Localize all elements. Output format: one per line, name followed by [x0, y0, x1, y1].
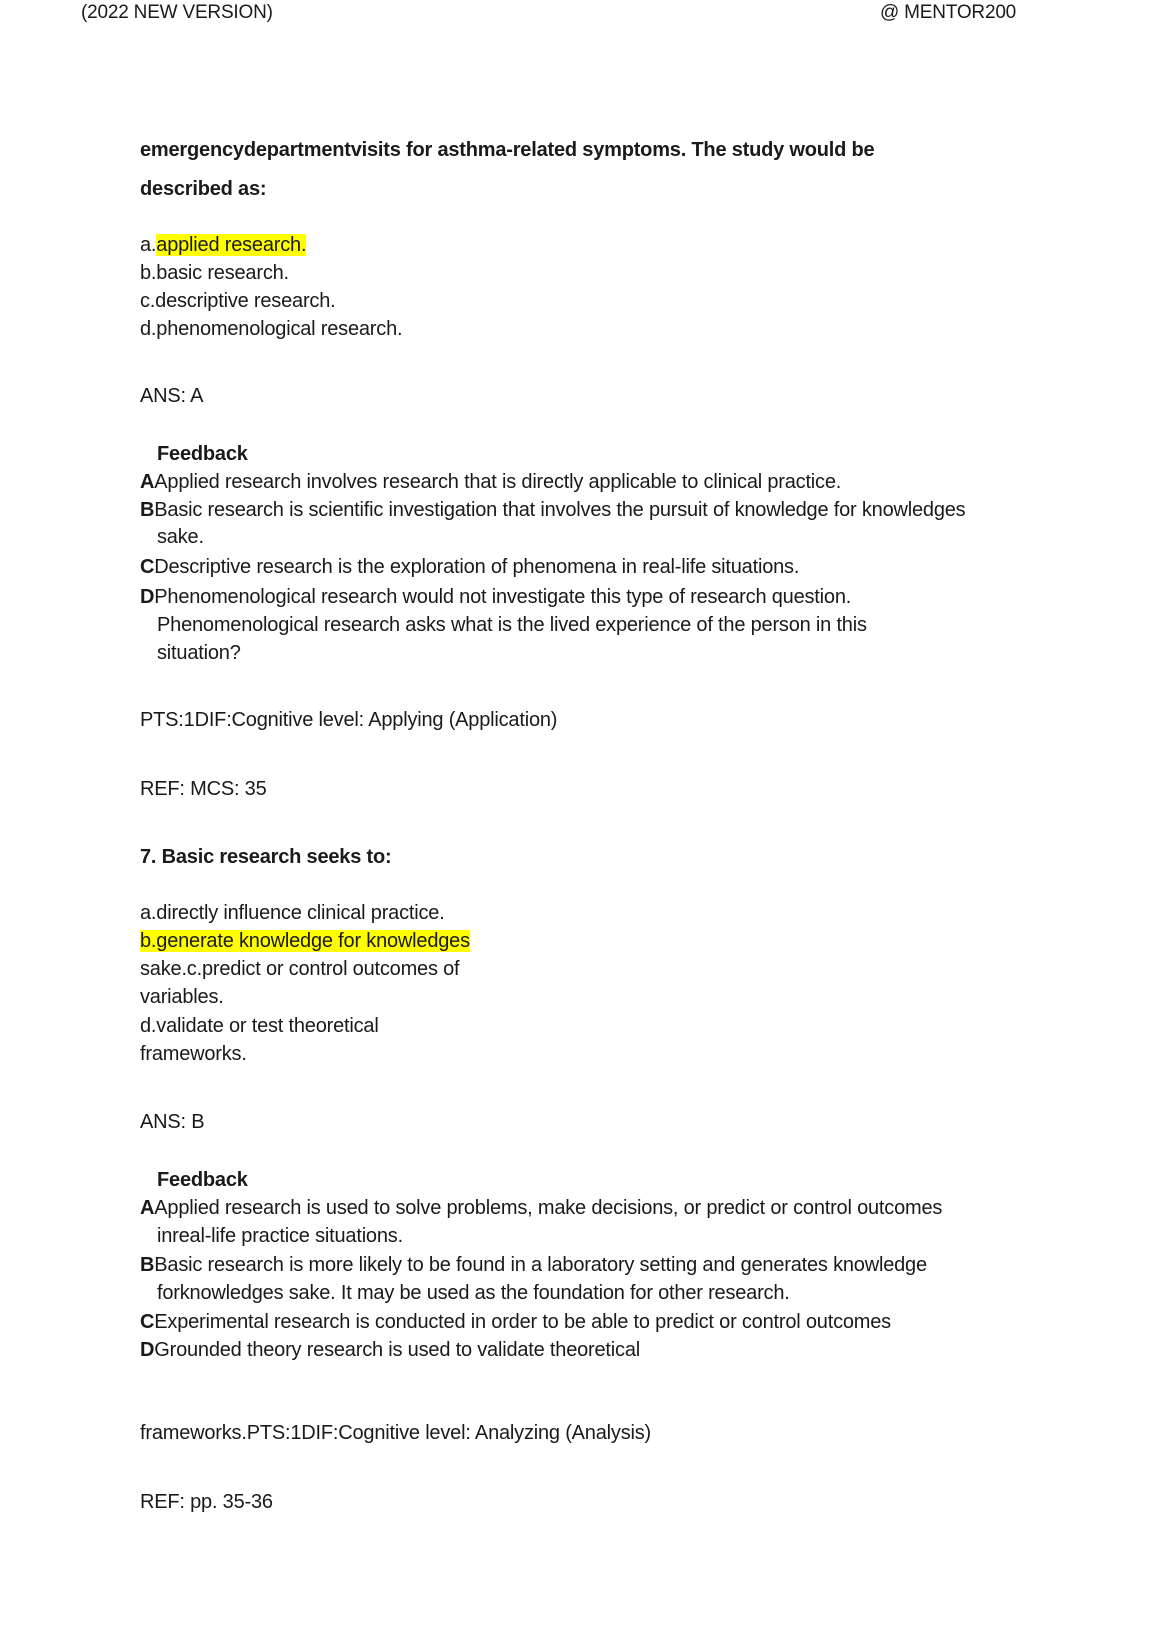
page-header-right: @ MENTOR200 [880, 2, 1016, 24]
question-stem: described as: [140, 175, 266, 203]
highlighted-answer: b.generate knowledge for knowledges [140, 930, 470, 952]
feedback-text: Applied research involves research that … [154, 471, 841, 493]
option-prefix: a. [140, 234, 156, 256]
answer-key: ANS: A [140, 382, 203, 410]
feedback-letter: B [140, 1254, 154, 1276]
feedback-continuation: sake. [157, 523, 204, 551]
feedback-text: Grounded theory research is used to vali… [154, 1339, 640, 1361]
answer-key: ANS: B [140, 1108, 204, 1136]
option-b: b.basic research. [140, 259, 289, 287]
question-stem: 7. Basic research seeks to: [140, 843, 391, 871]
feedback-text: Applied research is used to solve proble… [154, 1197, 942, 1219]
feedback-item: BBasic research is scientific investigat… [140, 496, 965, 524]
reference: REF: pp. 35-36 [140, 1488, 273, 1516]
feedback-letter: B [140, 499, 154, 521]
feedback-continuation: forknowledges sake. It may be used as th… [157, 1279, 790, 1307]
feedback-item: AApplied research involves research that… [140, 468, 841, 496]
feedback-item: CExperimental research is conducted in o… [140, 1308, 891, 1336]
feedback-continuation: inreal-life practice situations. [157, 1222, 403, 1250]
feedback-continuation: Phenomenological research asks what is t… [157, 611, 867, 639]
points-difficulty: PTS:1DIF:Cognitive level: Applying (Appl… [140, 706, 557, 734]
feedback-letter: C [140, 556, 154, 578]
feedback-item: AApplied research is used to solve probl… [140, 1194, 942, 1222]
feedback-title: Feedback [157, 440, 248, 468]
feedback-text: Basic research is scientific investigati… [154, 499, 965, 521]
feedback-letter: A [140, 1197, 154, 1219]
reference: REF: MCS: 35 [140, 775, 267, 803]
feedback-text: Phenomenological research would not inve… [154, 586, 851, 608]
option-line: d.validate or test theoretical [140, 1012, 379, 1040]
feedback-text: Descriptive research is the exploration … [154, 556, 799, 578]
feedback-item: CDescriptive research is the exploration… [140, 553, 799, 581]
feedback-item: DGrounded theory research is used to val… [140, 1336, 640, 1364]
feedback-item: DPhenomenological research would not inv… [140, 583, 851, 611]
feedback-item: BBasic research is more likely to be fou… [140, 1251, 927, 1279]
option-line: b.generate knowledge for knowledges [140, 927, 470, 955]
feedback-text: Experimental research is conducted in or… [154, 1311, 891, 1333]
feedback-continuation: situation? [157, 639, 241, 667]
feedback-title: Feedback [157, 1166, 248, 1194]
feedback-letter: D [140, 586, 154, 608]
option-d: d.phenomenological research. [140, 315, 402, 343]
feedback-letter: A [140, 471, 154, 493]
page-header-left: (2022 NEW VERSION) [81, 2, 273, 24]
option-line: a.directly influence clinical practice. [140, 899, 445, 927]
question-stem: emergencydepartmentvisits for asthma-rel… [140, 136, 874, 164]
option-c: c.descriptive research. [140, 287, 335, 315]
feedback-letter: D [140, 1339, 154, 1361]
feedback-text: Basic research is more likely to be foun… [154, 1254, 927, 1276]
option-a: a.applied research. [140, 231, 306, 259]
highlighted-answer: applied research. [156, 234, 306, 256]
option-line: frameworks. [140, 1040, 247, 1068]
feedback-letter: C [140, 1311, 154, 1333]
option-line: sake.c.predict or control outcomes of [140, 955, 459, 983]
option-line: variables. [140, 983, 224, 1011]
points-difficulty: frameworks.PTS:1DIF:Cognitive level: Ana… [140, 1419, 651, 1447]
